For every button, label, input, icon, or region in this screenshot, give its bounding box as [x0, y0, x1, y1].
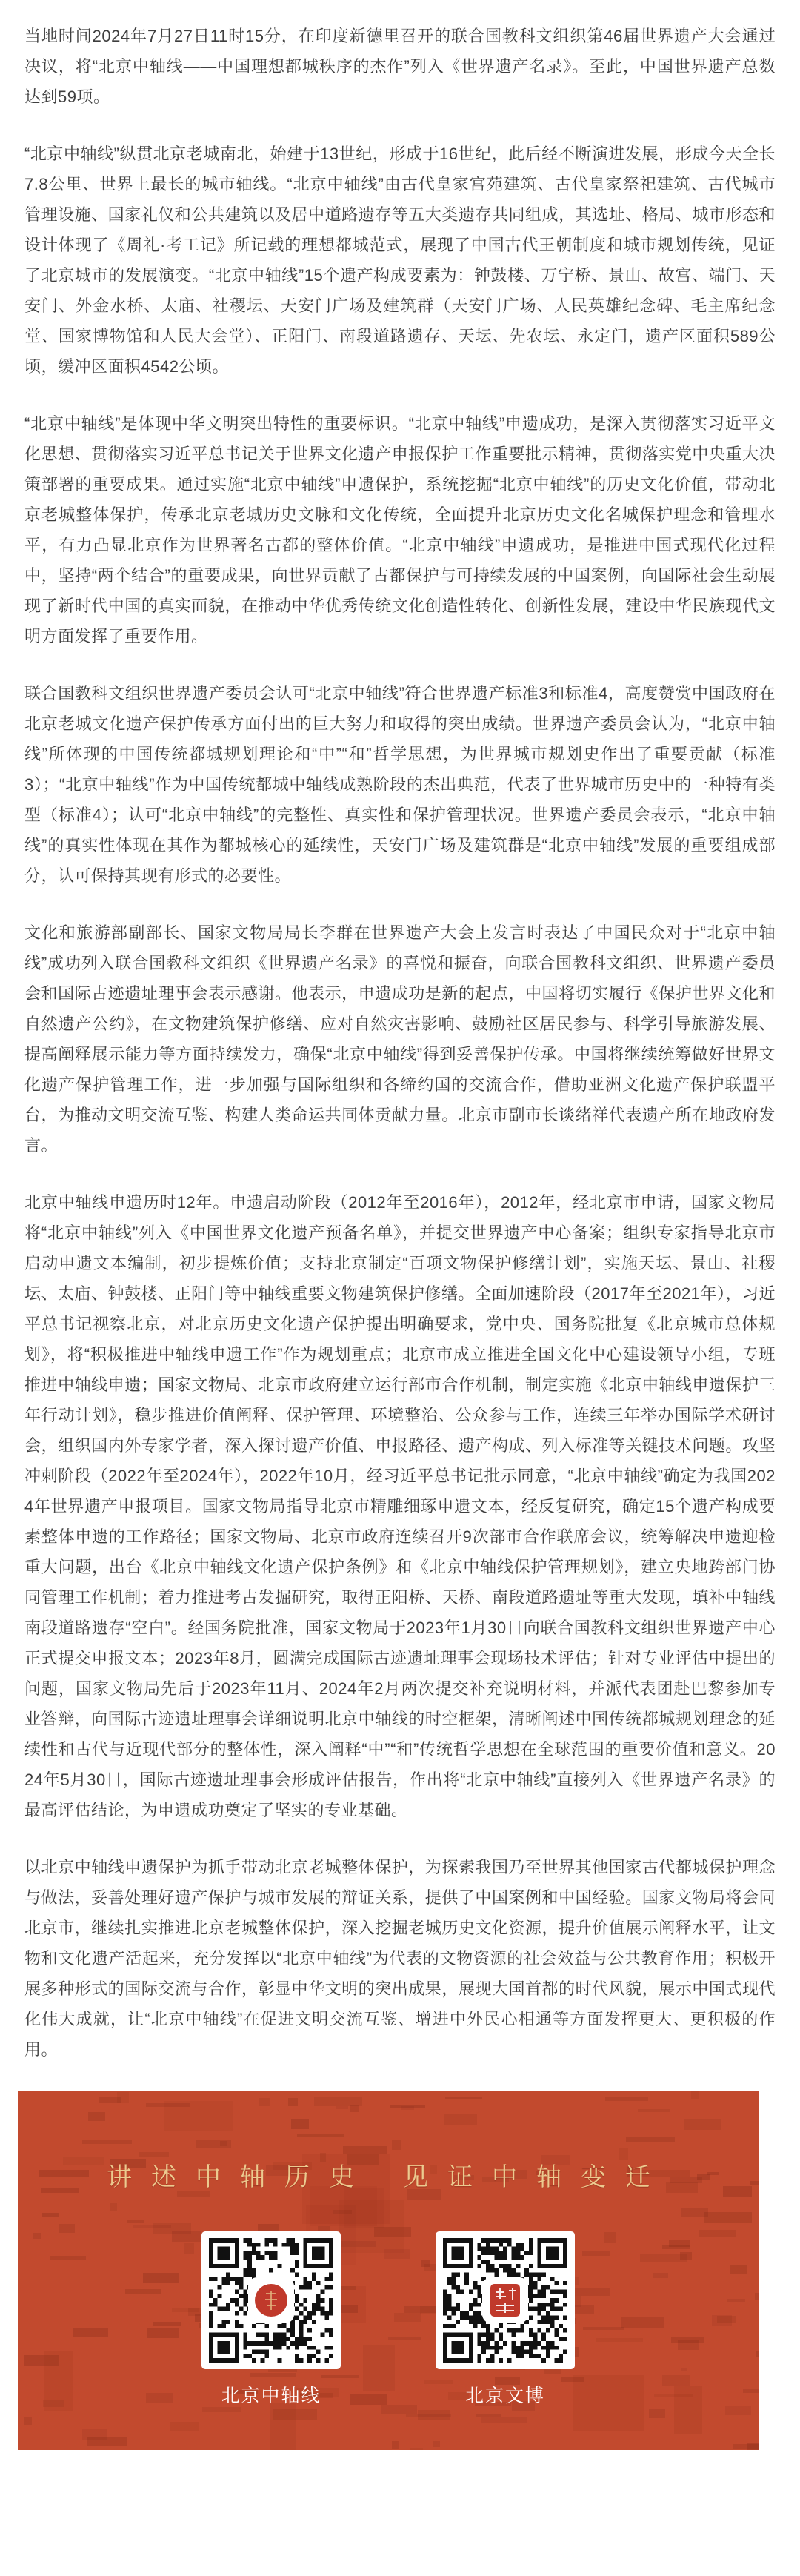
article-paragraph: 文化和旅游部副部长、国家文物局局长李群在世界遗产大会上发言时表达了中国民众对于“… — [24, 917, 776, 1161]
red-seal-emblem-icon — [487, 2282, 524, 2319]
article-page: 当地时间2024年7月27日11时15分，在印度新德里召开的联合国教科文组织第4… — [0, 0, 800, 2472]
article-paragraph: “北京中轴线”纵贯北京老城南北，始建于13世纪，形成于16世纪，此后经不断演进发… — [24, 139, 776, 382]
qr-code-row: 北京中轴线 — [201, 2231, 575, 2408]
qr-code-beijing-wenbo — [436, 2231, 575, 2369]
qr-block-beijing-central-axis: 北京中轴线 — [201, 2231, 341, 2408]
red-circle-emblem-icon — [253, 2282, 290, 2319]
promo-banner-image[interactable]: 讲述中轴历史 见证中轴变迁 — [18, 2091, 759, 2450]
article-paragraph: 联合国教科文组织世界遗产委员会认可“北京中轴线”符合世界遗产标准3和标准4，高度… — [24, 678, 776, 891]
qr-center-logo-seal — [484, 2279, 527, 2322]
qr-code-beijing-central-axis — [201, 2231, 341, 2369]
article-paragraph: 以北京中轴线申遗保护为抓手带动北京老城整体保护，为探索我国乃至世界其他国家古代都… — [24, 1852, 776, 2065]
banner-title-right: 见证中轴变迁 — [403, 2157, 670, 2193]
qr-block-beijing-wenbo: 北京文博 — [436, 2231, 575, 2408]
article-paragraph: 北京中轴线申遗历时12年。申遗启动阶段（2012年至2016年），2012年，经… — [24, 1187, 776, 1825]
article-paragraph: “北京中轴线”是体现中华文明突出特性的重要标识。“北京中轴线”申遗成功，是深入贯… — [24, 408, 776, 651]
banner-title-left: 讲述中轴历史 — [107, 2157, 373, 2193]
qr-label: 北京文博 — [465, 2381, 545, 2408]
qr-center-logo-circle — [250, 2279, 293, 2322]
qr-label: 北京中轴线 — [221, 2381, 321, 2408]
article-paragraph: 当地时间2024年7月27日11时15分，在印度新德里召开的联合国教科文组织第4… — [24, 21, 776, 112]
banner-title: 讲述中轴历史 见证中轴变迁 — [107, 2157, 670, 2193]
article-body: 当地时间2024年7月27日11时15分，在印度新德里召开的联合国教科文组织第4… — [0, 0, 800, 2065]
